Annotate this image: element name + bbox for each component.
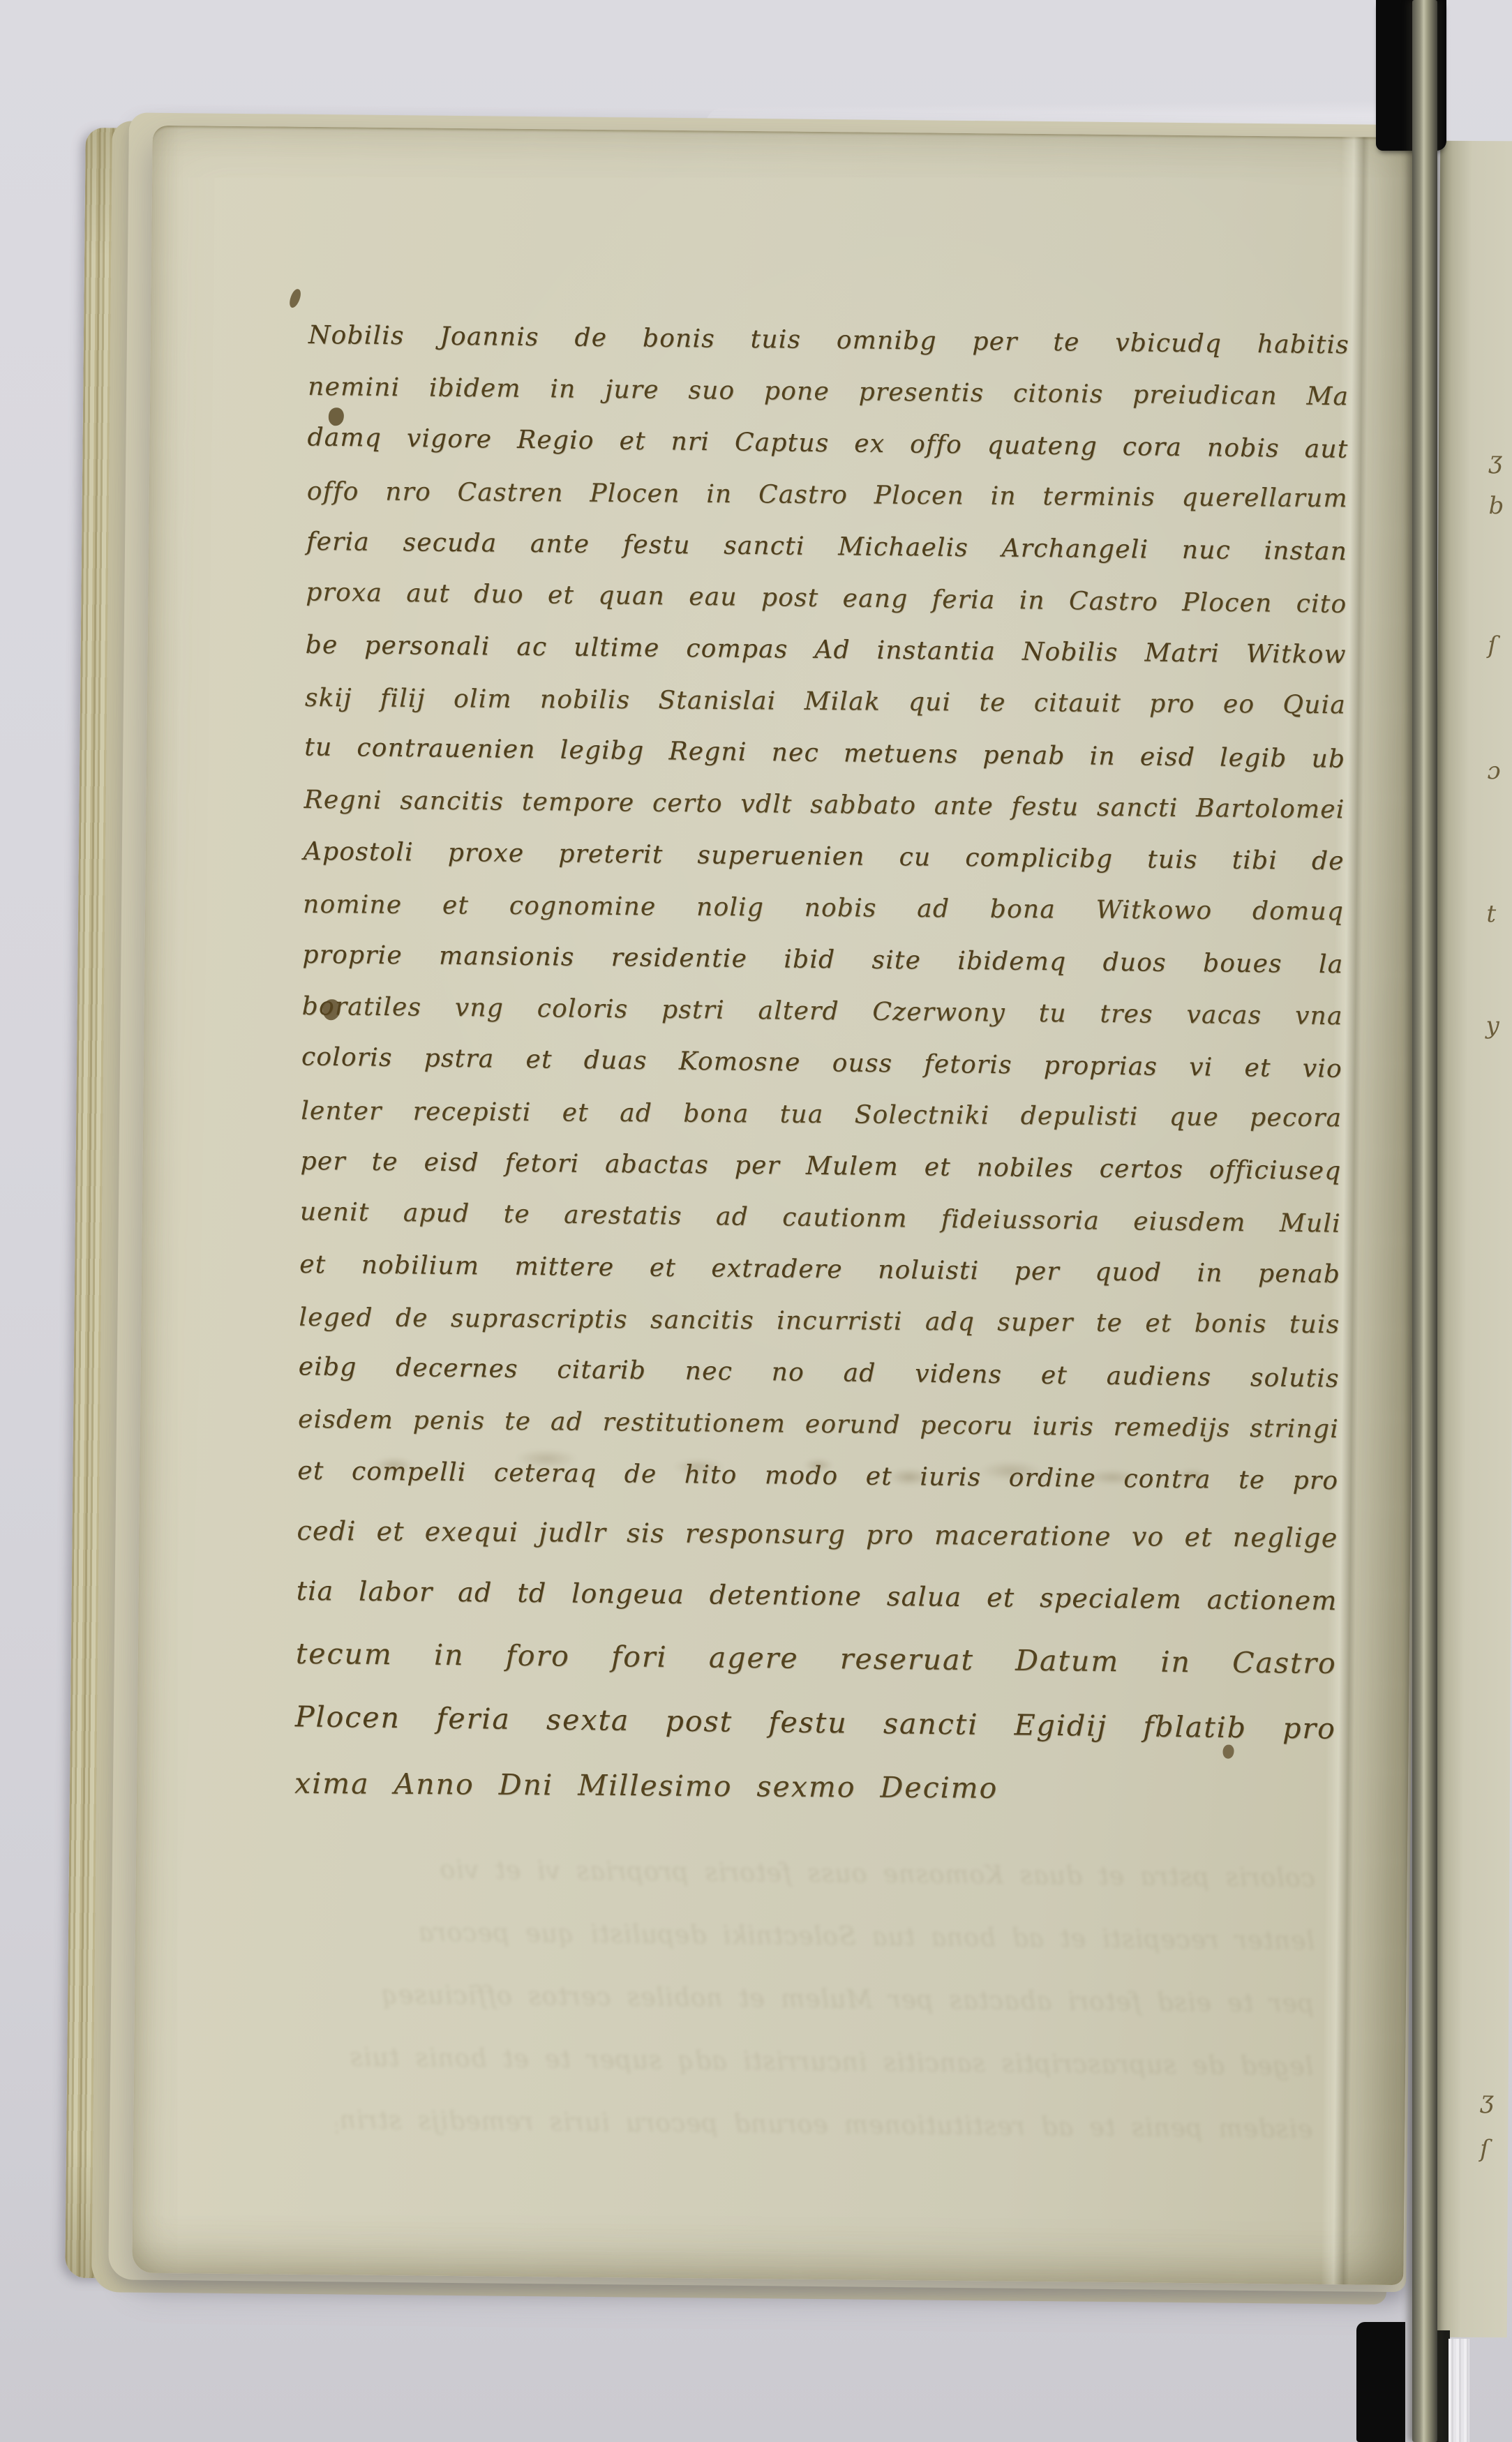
manuscript-line: cedi et exequi judlr sis responsurg pro … [297,1501,1338,1567]
stray-letter-mark: b [1488,492,1504,520]
manuscript-line: nomine et cognomine nolig nobis ad bona … [303,879,1344,938]
facing-page-edge: ʒbſɔtyʒſ [1429,141,1512,2338]
stray-letter-mark: y [1485,1012,1499,1040]
page-weight-rod [1412,0,1437,2442]
ink-blot [287,287,302,309]
manuscript-line: tecum in foro fori agere reseruat Datum … [295,1623,1337,1694]
manuscript-text-block: Nobilis Joannis de bonis tuis omnibg per… [294,310,1350,1822]
manuscript-page: Nobilis Joannis de bonis tuis omnibg per… [132,126,1423,2285]
manuscript-line: Nobilis Joannis de bonis tuis omnibg per… [308,310,1350,371]
manuscript-line: offo nro Castren Plocen in Castro Plocen… [307,466,1348,525]
ink-bleedthrough-lines: coloris pstra et duas Komosne ouss fetor… [336,1838,1315,2161]
manuscript-line: lenter recepisti et ad bona tua Solectni… [301,1086,1342,1144]
manuscript-line: xima Anno Dni Millesimo sexmo Decimo [294,1753,1336,1821]
stray-letter-mark: ɔ [1487,757,1500,785]
facing-block-fore-edge [1449,2339,1469,2442]
bleedthrough-line: leged de suprascriptis sancitis incurris… [336,2026,1314,2098]
stray-letter-mark: ſ [1480,2135,1489,2163]
bleedthrough-line: coloris pstra et duas Komosne ouss fetor… [338,1838,1315,1910]
manuscript-line: skij filij olim nobilis Stanislai Milak … [305,673,1346,731]
bleedthrough-line: per te eisd fetori abactas per Mulem et … [337,1963,1315,2035]
stray-letter-mark: ʒ [1489,447,1502,474]
manuscript-line: leged de suprascriptis sancitis incurris… [299,1292,1340,1351]
book-cradle-strip-bottom [1356,2322,1405,2442]
open-book: Nobilis Joannis de bonis tuis omnibg per… [65,97,1429,2318]
manuscript-line: Apostoli proxe preterit superuenien cu c… [304,826,1345,887]
bleedthrough-line: eisdem penis te ad restitutionem eorund … [336,2089,1313,2161]
manuscript-line: proprie mansionis residentie ibid site i… [302,929,1344,991]
photographed-manuscript-book: Nobilis Joannis de bonis tuis omnibg per… [0,0,1512,2442]
manuscript-line: Plocen feria sexta post festu sancti Egi… [294,1686,1336,1759]
stray-letter-mark: ʒ [1480,2086,1493,2114]
manuscript-line: tia labor ad td longeua detentione salua… [296,1561,1338,1630]
stray-letter-mark: t [1486,900,1496,928]
bleedthrough-line: lenter recepisti et ad bona tua Solectni… [338,1901,1315,1972]
manuscript-line: et compelli ceteraq de hito modo et iuri… [297,1446,1339,1507]
stray-letter-mark: ſ [1488,631,1497,659]
